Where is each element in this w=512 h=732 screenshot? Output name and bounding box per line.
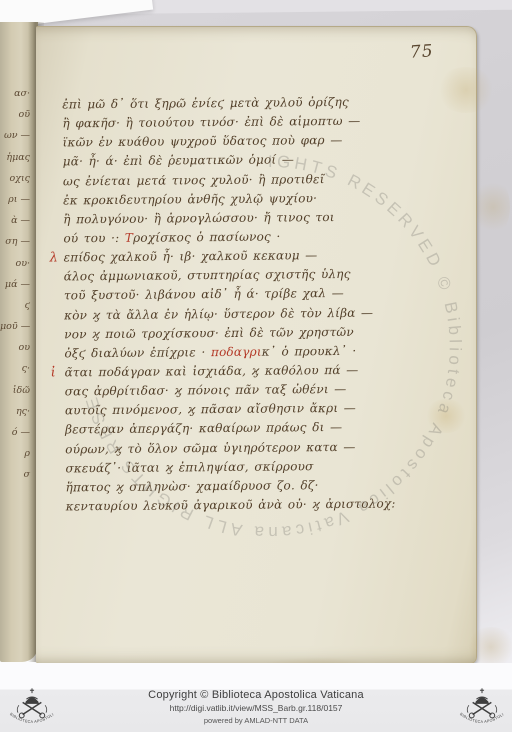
facing-line-fragment: ης·: [0, 406, 30, 427]
facing-line-fragment: μά —: [0, 279, 30, 300]
facing-line-fragment: μοῦ —: [0, 321, 30, 342]
paper-stain: [424, 399, 468, 433]
manuscript-text-block: ἐπὶ μῶ δ᾽ ὅτι ξηρῶ ἐνίεϛ μετὰ χυλοῦ ὀρίζ…: [62, 93, 388, 517]
rubric-text: Τ: [125, 231, 133, 245]
facing-line-fragment: οχις: [0, 173, 30, 194]
rubric-margin-initial: ἰ: [51, 363, 56, 382]
facing-line-fragment: ϛ: [0, 300, 30, 321]
footer-url: http://digi.vatlib.it/view/MSS_Barb.gr.1…: [0, 703, 512, 713]
manuscript-line: κενταυρίου λευκοῦ ἀγαρικοῦ ἀνὰ οὐ· ϗ ἀρι…: [66, 495, 388, 517]
seal-text: BIBLIOTECA APOSTOLICA VATICANA: [454, 686, 505, 724]
vatican-library-seal-icon: BIBLIOTECA APOSTOLICA VATICANA: [454, 686, 510, 730]
facing-line-fragment: ό —: [0, 427, 30, 448]
facing-line-fragment: ὰ —: [0, 215, 30, 236]
facing-line-fragment: ρ: [0, 448, 30, 469]
facing-line-fragment: ση —: [0, 236, 30, 257]
facing-line-fragment: οῦ: [0, 109, 30, 130]
facing-line-fragment: ων —: [0, 130, 30, 151]
facing-line-fragment: σ: [0, 469, 30, 490]
manuscript-photo: ασ·οῦων —ἡμαςοχιςρι —ὰ —ση —ου·μά —ϛμοῦ …: [0, 0, 512, 663]
facing-line-fragment: ἰδῶ: [0, 385, 30, 406]
facing-line-fragment: ασ·: [0, 88, 30, 109]
footer-bar: BIBLIOTECA APOSTOLICA VATICANA Copyright…: [0, 663, 512, 732]
paper-stain: [466, 627, 512, 663]
facing-line-fragment: ρι —: [0, 194, 30, 215]
facing-page-text-fragments: ασ·οῦων —ἡμαςοχιςρι —ὰ —ση —ου·μά —ϛμοῦ …: [0, 88, 30, 491]
rubric-margin-initial: λ: [50, 249, 59, 268]
footer-powered-by: powered by AMLAD-NTT DATA: [0, 716, 512, 725]
footer-copyright: Copyright © Biblioteca Apostolica Vatica…: [0, 689, 512, 701]
facing-line-fragment: ἡμας: [0, 152, 30, 173]
facing-line-fragment: ου: [0, 342, 30, 363]
svg-text:BIBLIOTECA APOSTOLICA VATICANA: BIBLIOTECA APOSTOLICA VATICANA: [454, 686, 505, 724]
rubric-text: ποδαγρι: [211, 345, 262, 359]
folio-number: 75: [409, 41, 434, 63]
facing-line-fragment: ς·: [0, 363, 30, 384]
facing-line-fragment: ου·: [0, 258, 30, 279]
paper-stain: [436, 67, 496, 113]
paper-stain: [476, 177, 510, 237]
